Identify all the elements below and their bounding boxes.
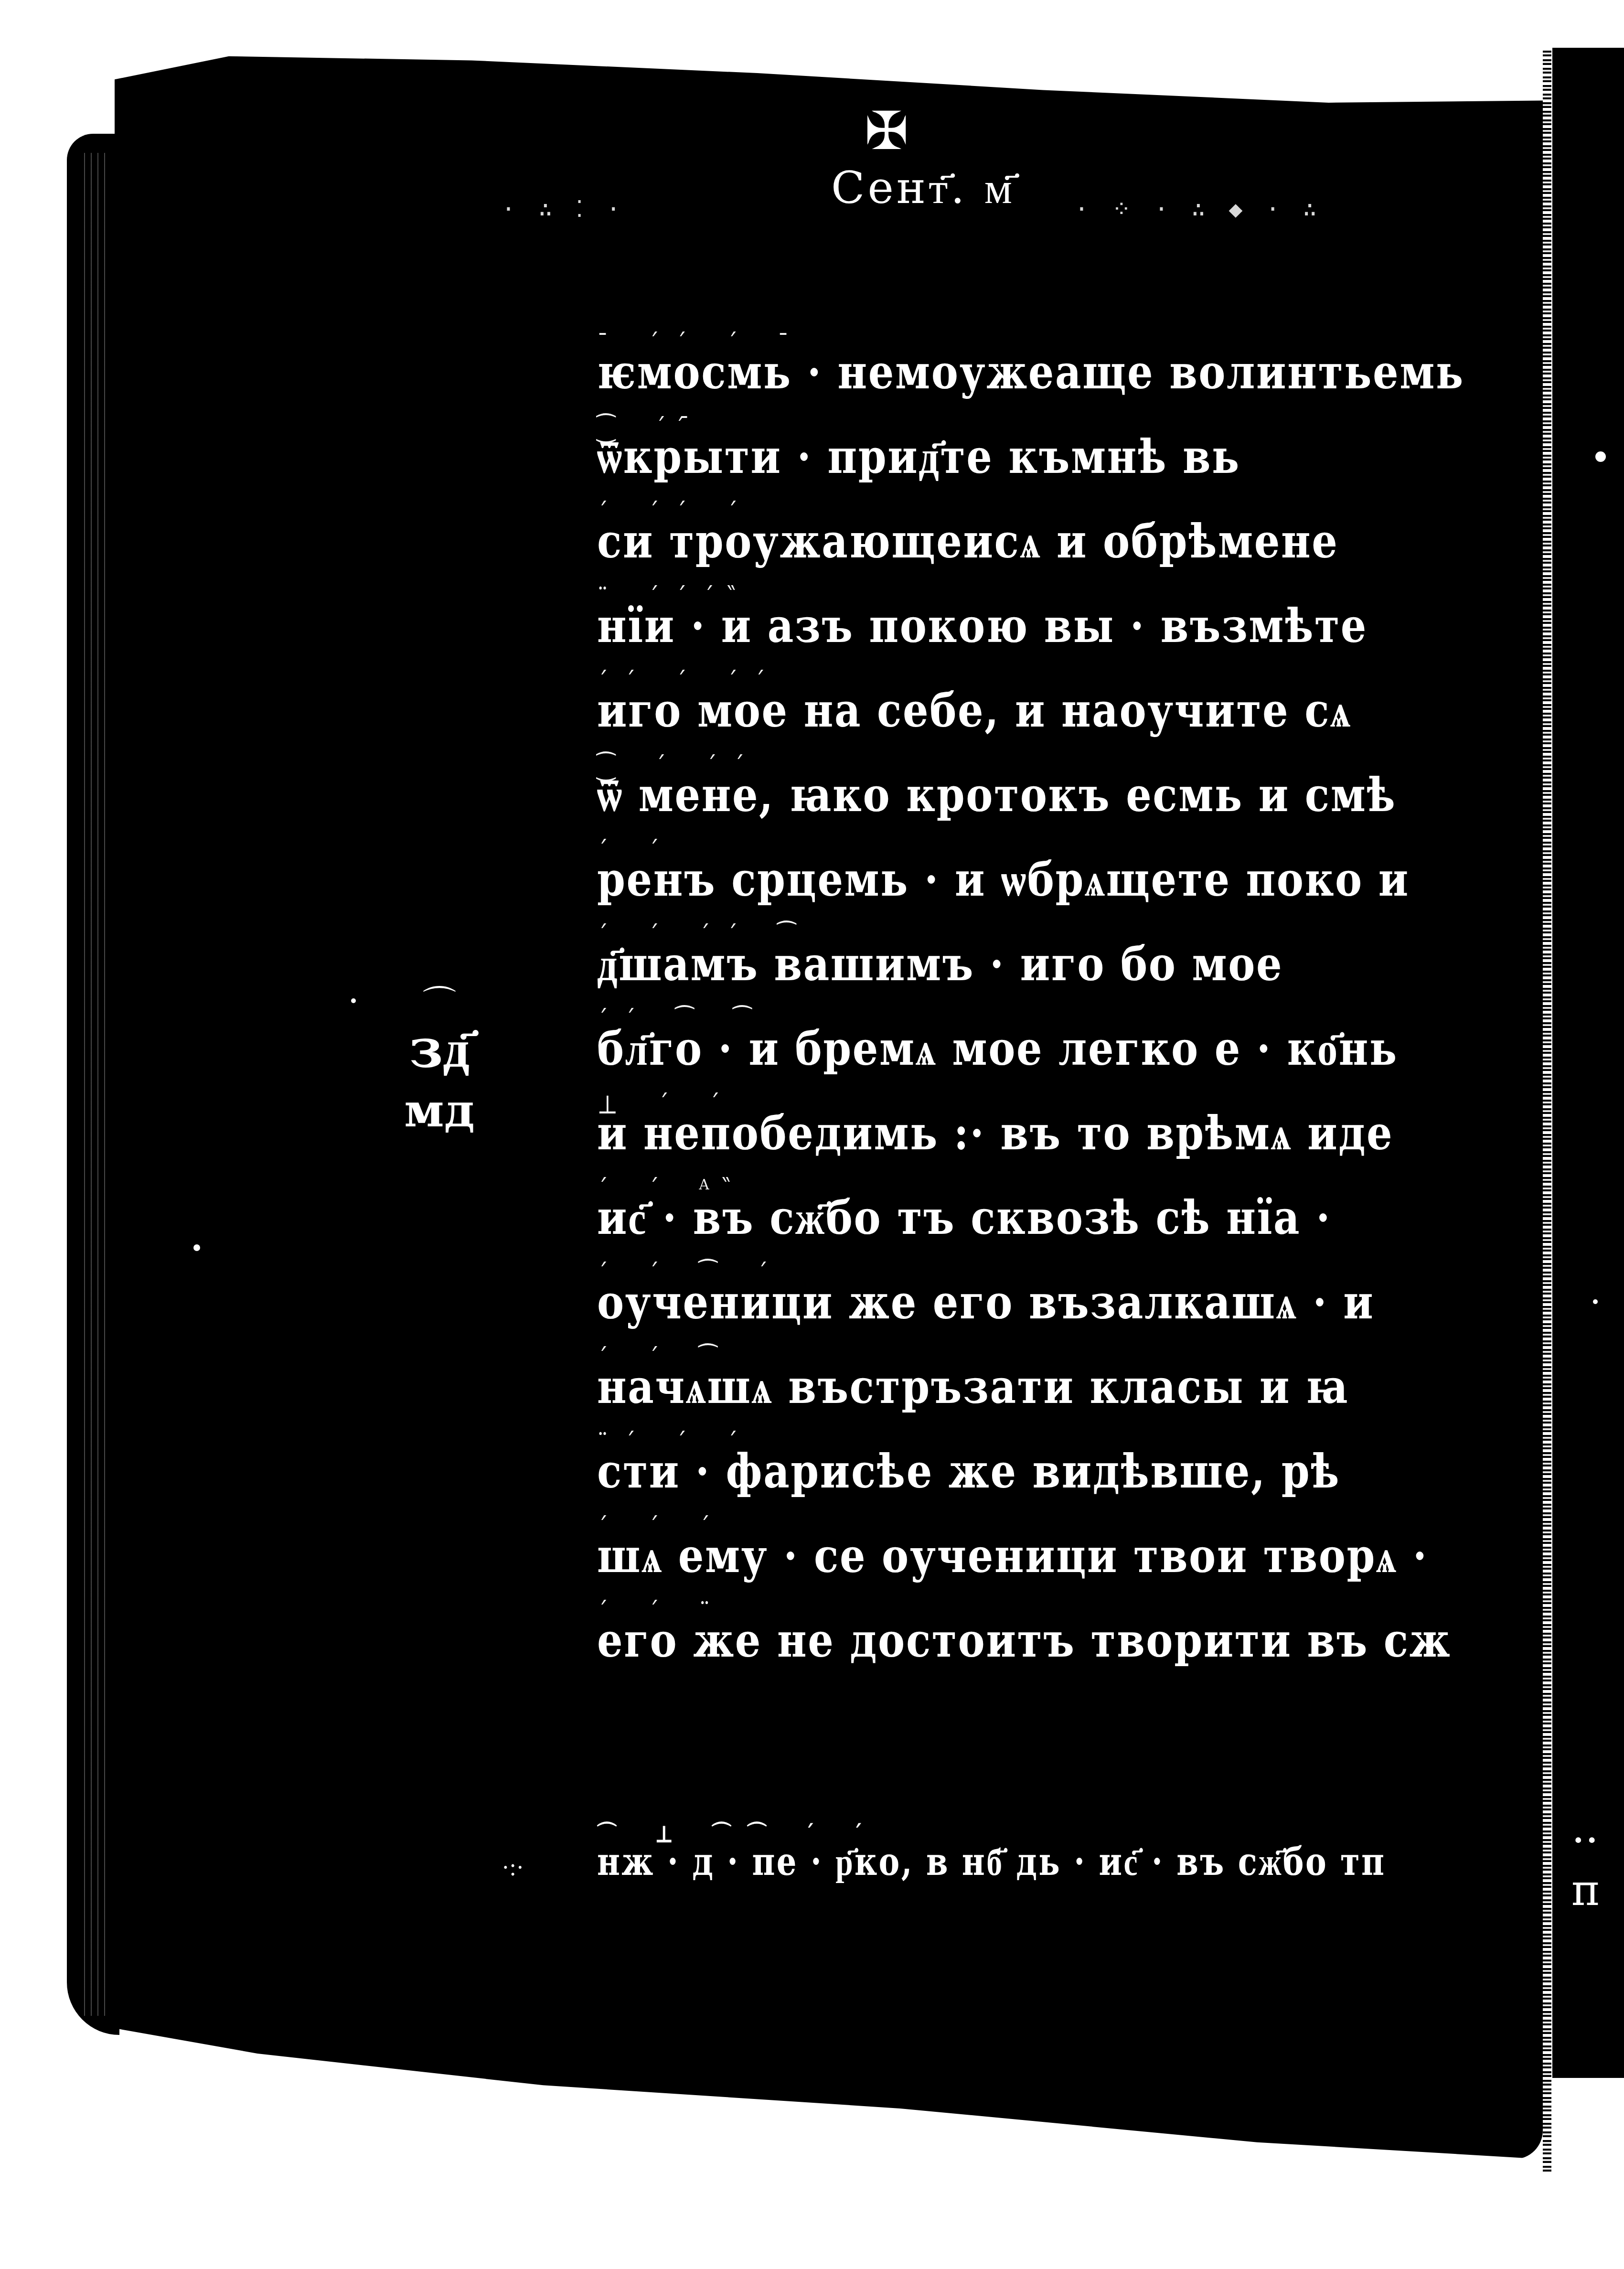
superscript-marks: ⁐ ˊ ˊˊ (597, 738, 761, 795)
speck (193, 1244, 200, 1251)
superscript-marks: ˊ ˊ ⁀ (597, 1330, 733, 1387)
footer-rubric-line: ⌒ ⊥ ⌒⌒ ˊ ˊ нж · д · пе · р҃ко, в нб҃ дь … (597, 1839, 1380, 1884)
margin-number-2: мд (392, 1084, 487, 1137)
text-line: ˊ ˊ ¨его же не достоитъ творити въ сж (597, 1612, 1378, 1697)
main-text-block: ¯ ˊˊ ˊ ¯ѥмосмь · немоужеаще волинтьемь ⁐… (597, 344, 1505, 1697)
superscript-marks: ˊ ˊˊ ˊ (597, 484, 754, 542)
superscript-marks: ˊ ˊ (597, 823, 675, 880)
text-line: ⁐ ˊ ˊˊѿ мене, ꙗко кротокъ есмь и смѣ (597, 767, 1378, 851)
text-line: ¯ ˊˊ ˊ ¯ѥмосмь · немоужеаще волинтьемь (597, 344, 1378, 428)
margin-note: ⌒ зд҃ мд (392, 994, 487, 1137)
margin-number-1: зд҃ (392, 1013, 487, 1084)
footer-superscript: ⌒ ⊥ ⌒⌒ ˊ ˊ (597, 1806, 878, 1890)
speck (1593, 1299, 1598, 1304)
superscript-marks: ˊ ˊ ˊˊ ⁀ (597, 907, 812, 964)
page-edge-left (67, 134, 119, 2035)
superscript-marks: ¨ ˊˊˊ ̏ (597, 569, 754, 626)
superscript-marks: ˊ ˊ ¨ (597, 1584, 727, 1641)
facing-page (1552, 48, 1624, 2078)
superscript-marks: ˊ ˊ ᴬ ̏ (597, 1161, 749, 1218)
superscript-marks: ˊˊ ˊ ˊˊ (597, 653, 781, 711)
cross-icon: ✠ (865, 100, 911, 161)
facing-page-text: ·· п (1571, 1815, 1624, 1916)
superscript-marks: ⊥ ˊ ˊ (597, 1076, 737, 1134)
superscript-marks: ¯ ˊˊ ˊ ¯ (597, 315, 805, 373)
running-title: Сент҃. м҃ (831, 162, 1015, 214)
speck (351, 998, 356, 1003)
superscript-marks: ⁐ ˊ ᷇ (597, 400, 706, 457)
superscript-marks: ˊ ˊ ⁀ ˊ (597, 1245, 784, 1303)
footer-lead-dots: ·:· (502, 1853, 524, 1881)
binding-gutter (1543, 48, 1551, 2173)
titlo-mark: ⌒ (392, 994, 487, 1013)
superscript-marks: ˊˊ ⁀ ⁀ (597, 992, 768, 1049)
header-speckle-right: · ⁘ · ∴ ◆ · ∴ (1075, 196, 1322, 215)
running-header: ✠ Сент҃. м҃ (831, 162, 1015, 214)
superscript-marks: ¨ˊ ˊ ˊ (597, 1414, 754, 1472)
header-speckle-left: · ∴ ⁚ · (502, 196, 625, 215)
facing-page-mark (1595, 451, 1606, 462)
superscript-marks: ˊ ˊ ˊ (597, 1499, 727, 1556)
line-text: ренъ срцемь · и ѡбрѧщете поко и (597, 852, 1410, 907)
